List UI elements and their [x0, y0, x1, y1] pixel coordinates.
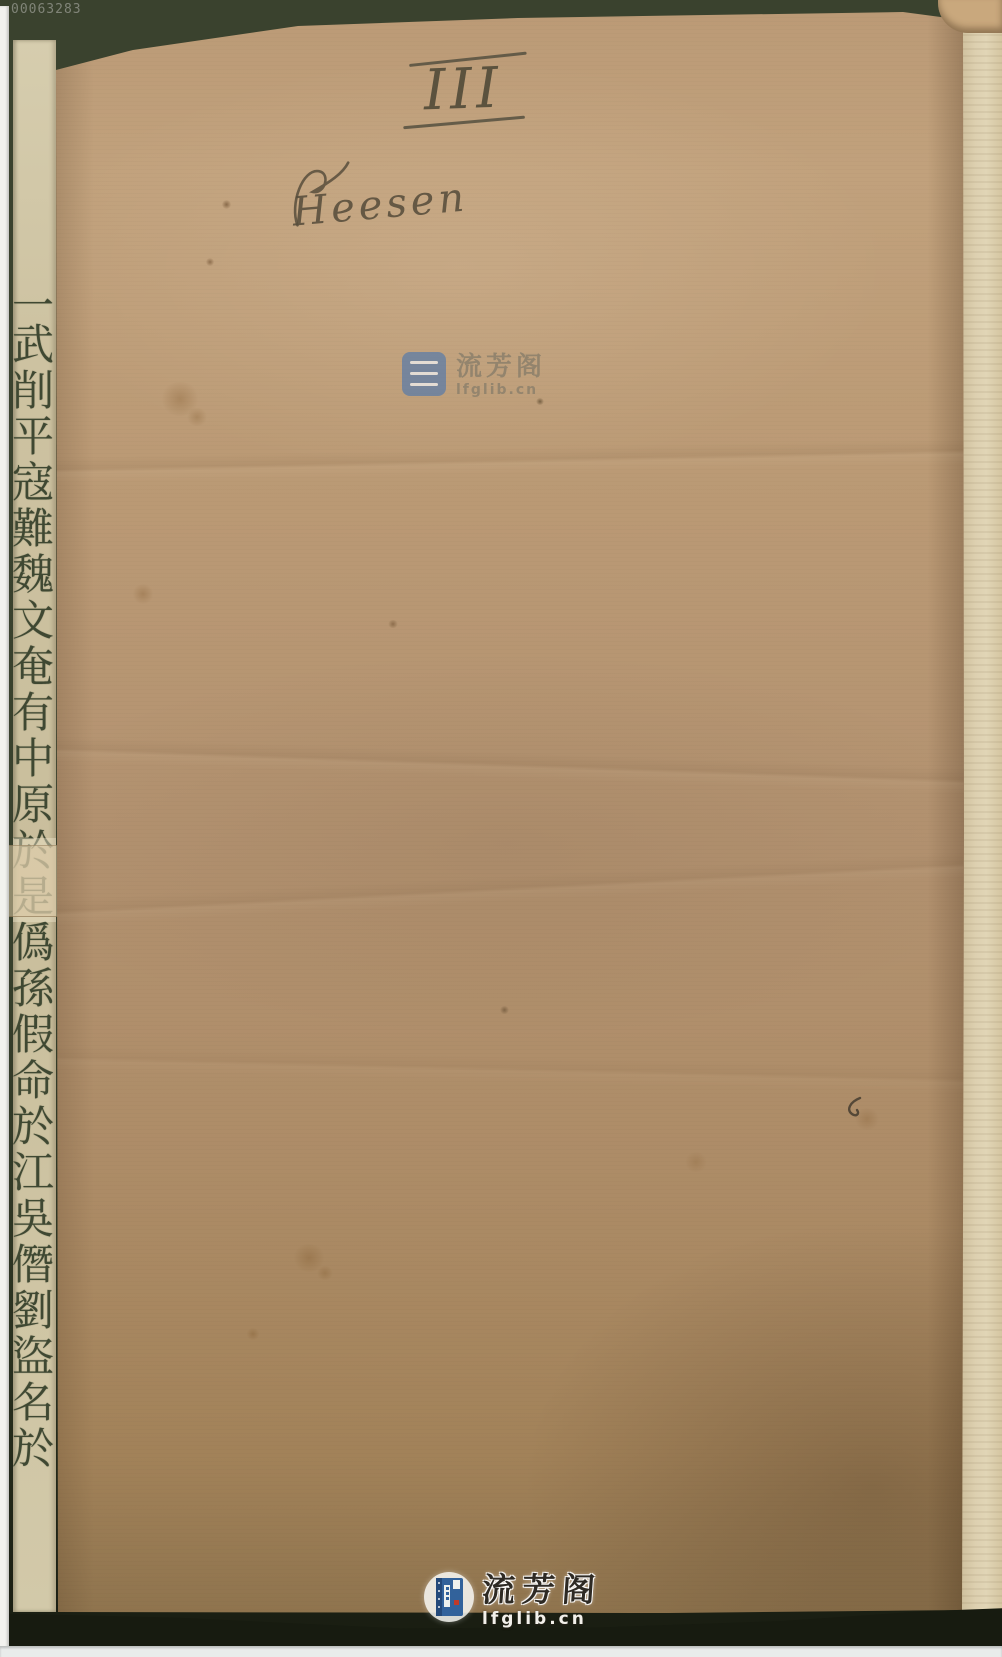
printed-character: 於 [13, 1104, 56, 1150]
book-logo-icon [402, 352, 446, 396]
printed-character: 有 [13, 690, 56, 736]
foxing-stain [388, 620, 398, 628]
roman-numeral-text: III [387, 58, 539, 121]
stitched-book-glyph [436, 1578, 463, 1616]
printed-character: 魏 [13, 552, 56, 598]
printed-character: 僞 [13, 920, 56, 966]
foxing-stain [500, 1006, 509, 1014]
scan-id-label: 00063283 [11, 2, 82, 17]
printed-character: 削 [13, 368, 56, 414]
watermark-upper: 流芳阁 lfglib.cn [402, 352, 546, 398]
printed-character: 盜 [13, 1334, 56, 1380]
foxing-stain [132, 584, 154, 604]
printed-character: 文 [13, 598, 56, 644]
book-logo-icon [424, 1572, 474, 1622]
printed-character: 一 [13, 296, 56, 322]
foxing-stain [186, 408, 208, 426]
watermark-site-url: lfglib.cn [456, 382, 546, 398]
paper-grain-texture [48, 10, 964, 1614]
printed-character: 江 [13, 1150, 56, 1196]
printed-character: 命 [13, 1058, 56, 1104]
foxing-stain [316, 1266, 334, 1280]
printed-character: 僭 [13, 1242, 56, 1288]
ink-squiggle-mark [840, 1094, 866, 1124]
printed-character: 中 [13, 736, 56, 782]
printed-character: 名 [13, 1380, 56, 1426]
printed-character: 難 [13, 506, 56, 552]
printed-character: 劉 [13, 1288, 56, 1334]
foxing-stain [684, 1152, 708, 1172]
foxing-stain [246, 1328, 260, 1340]
book-fore-edge [960, 20, 1002, 1614]
printed-page-strip: 一武削平寇難魏文奄有中原於是僞孫假命於江吳僭劉盜名於 [13, 40, 56, 1612]
watermark-site-url: lfglib.cn [482, 1609, 602, 1629]
watermark-site-name: 流芳阁 [456, 352, 546, 382]
foxing-stain [222, 200, 231, 209]
ink-speck [536, 398, 544, 405]
foxing-stain [206, 258, 214, 266]
scanner-edge-strip-left [0, 6, 9, 1657]
printed-character: 原 [13, 782, 56, 828]
watermark-lower: 流芳阁 lfglib.cn [424, 1572, 602, 1629]
book-scan-screenshot: { "scan": { "id_number": "00063283", "pa… [0, 0, 1002, 1657]
page-description [0, 0, 1, 1]
seal-mark [454, 1600, 459, 1605]
roman-numeral-page-label: III [387, 55, 539, 126]
printed-character: 吳 [13, 1196, 56, 1242]
printed-character: 寇 [13, 460, 56, 506]
printed-character: 假 [13, 1012, 56, 1058]
printed-character: 平 [13, 414, 56, 460]
printed-character: 於 [13, 1426, 56, 1472]
printed-character: 武 [13, 322, 56, 368]
blank-book-page [48, 10, 964, 1614]
scanner-edge-strip-bottom [0, 1646, 1002, 1657]
printed-character: 孫 [13, 966, 56, 1012]
watermark-site-name: 流芳阁 [481, 1572, 604, 1608]
printed-character: 奄 [13, 644, 56, 690]
